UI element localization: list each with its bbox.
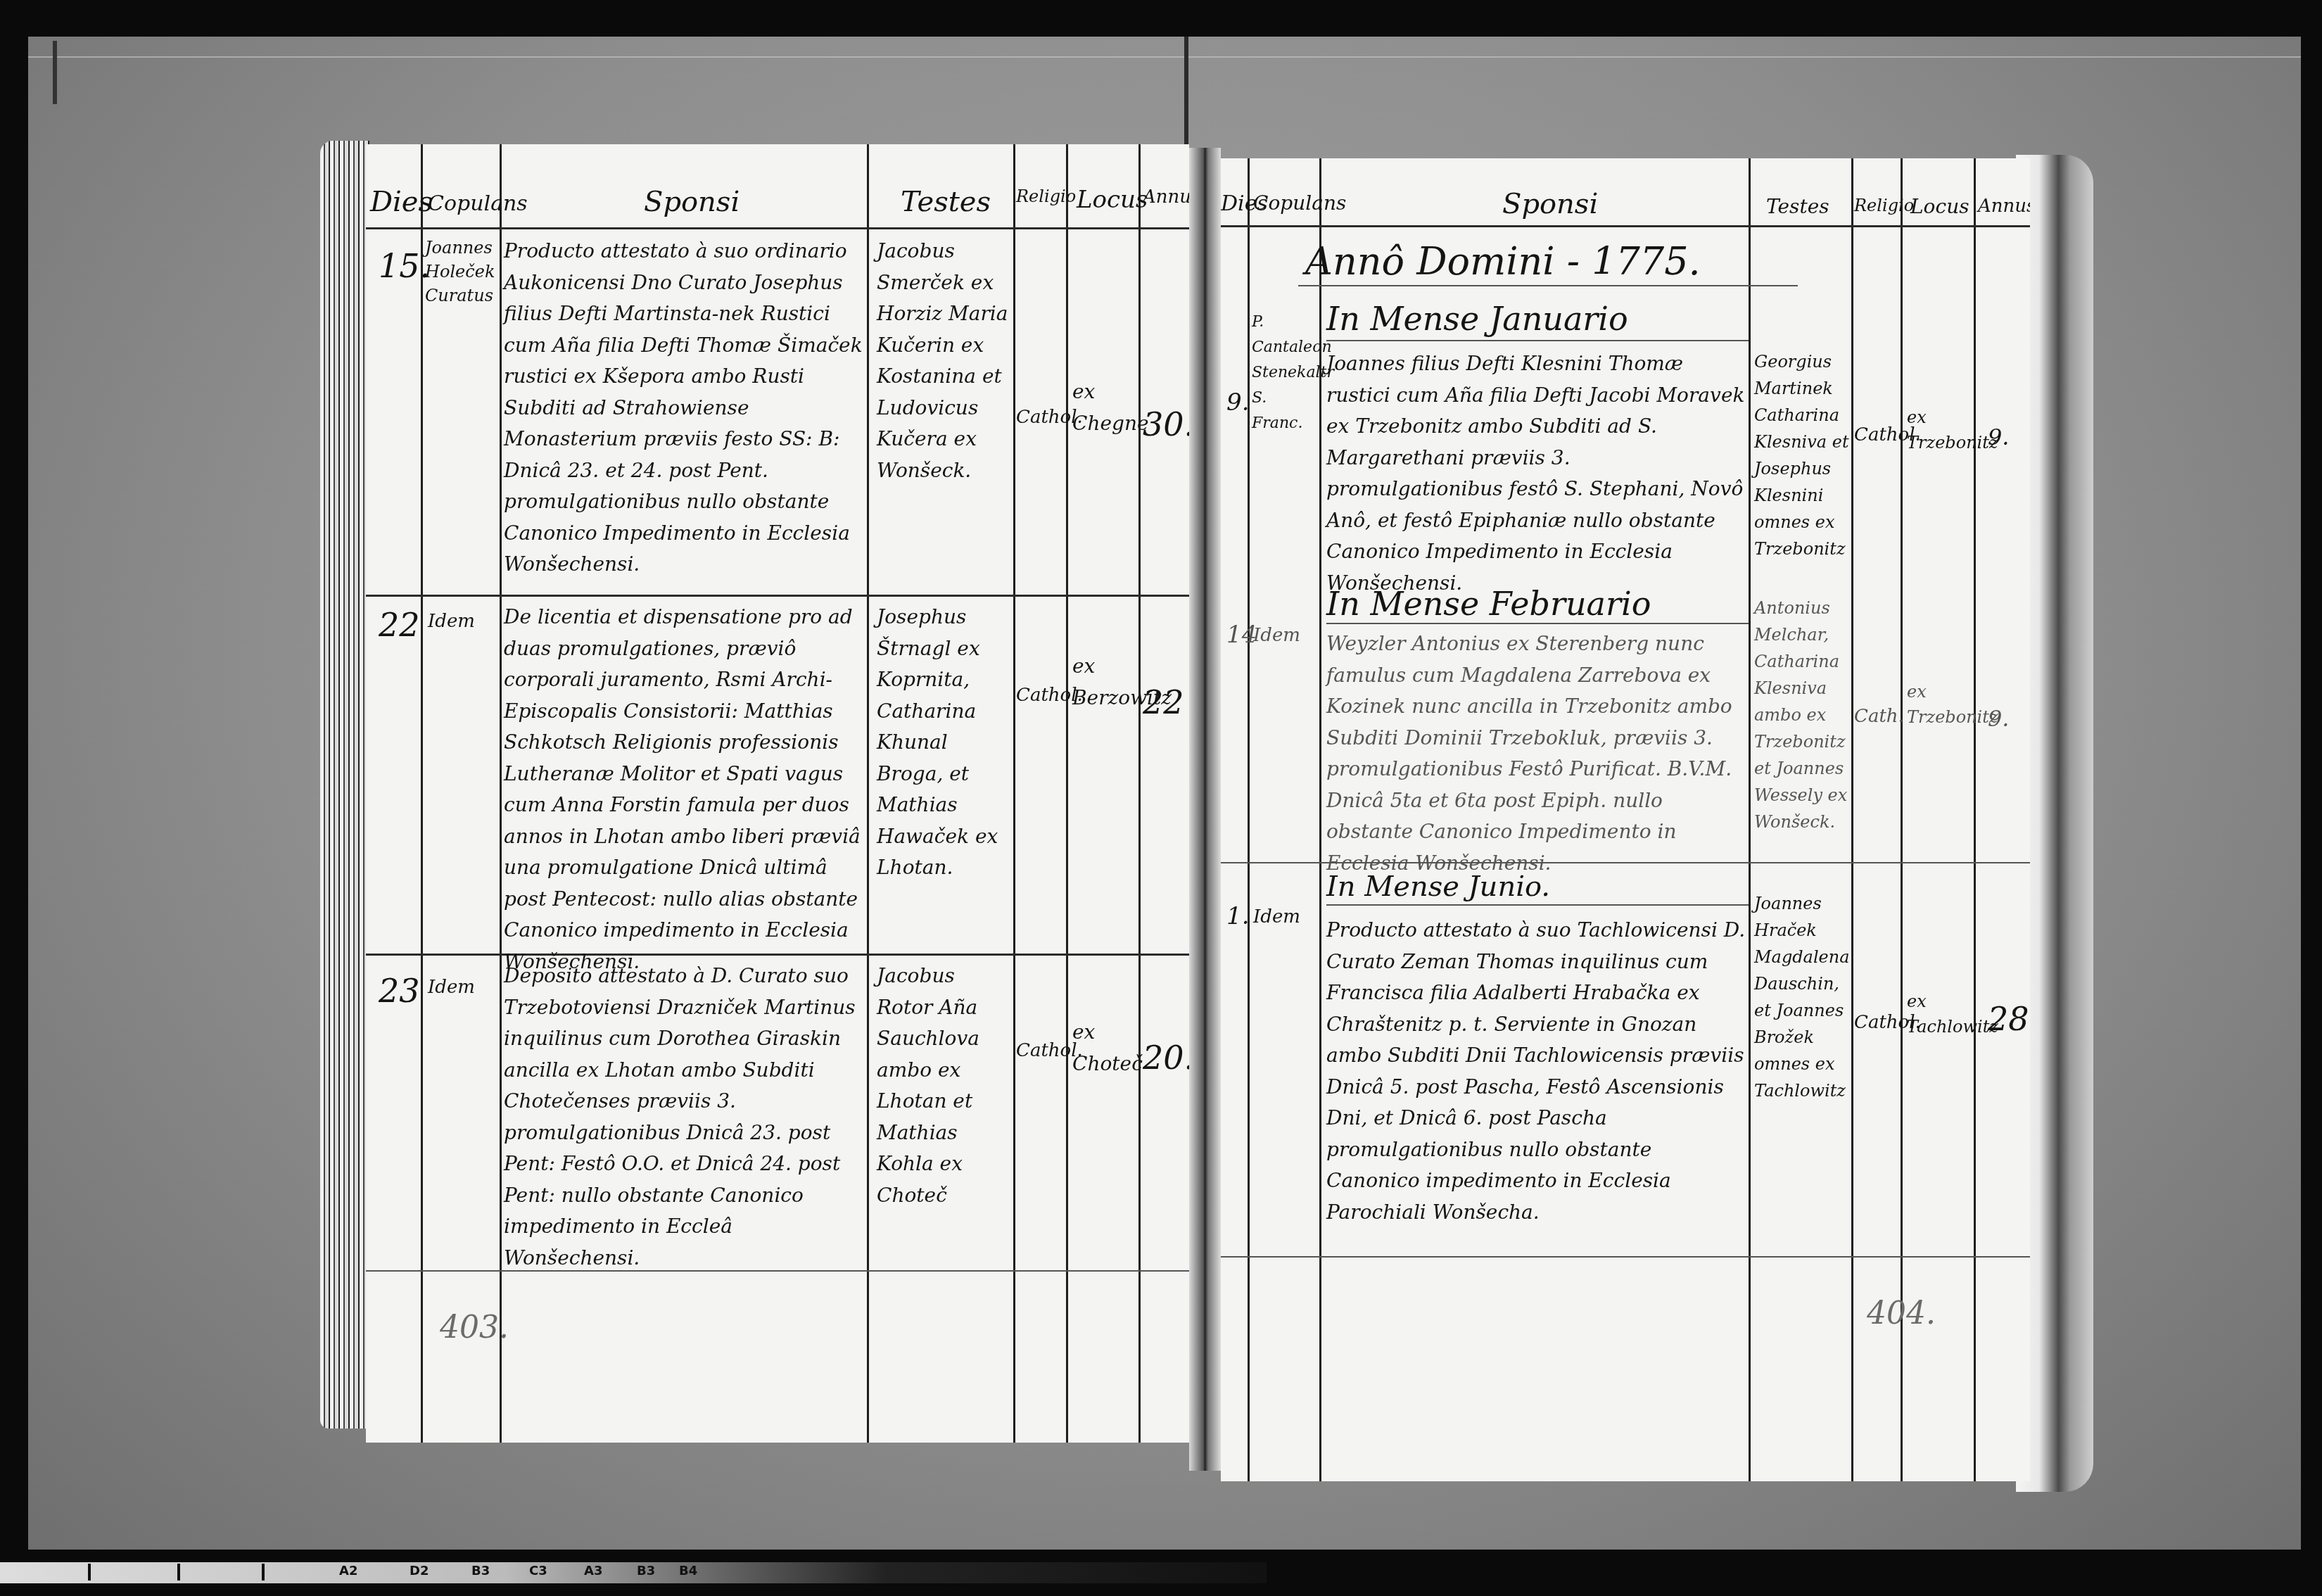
column-rule: [1749, 158, 1751, 1481]
col-header-dies: Dies: [370, 188, 433, 216]
column-rule: [1138, 144, 1141, 1443]
column-rule: [1013, 144, 1015, 1443]
entry-testes: Josephus Štrnagl ex Koprnita, Catharina …: [877, 602, 1012, 884]
entry-year: 9.: [1988, 707, 2010, 730]
col-header-copulans: Copulans: [1253, 194, 1346, 213]
entry-copulans: Idem: [428, 612, 475, 631]
entry-testes: Antonius Melchar, Catharina Klesniva amb…: [1754, 595, 1851, 835]
row-rule: [1221, 1256, 2030, 1258]
heading-underline: [1326, 340, 1749, 341]
month-heading: In Mense Junio.: [1326, 873, 1550, 901]
strip-tick: [262, 1564, 265, 1581]
col-header-locus: Locus: [1077, 188, 1148, 212]
entry-locus: ex Trzebonitz: [1907, 679, 1973, 730]
entry-sponsi: Weyzler Antonius ex Sterenberg nunc famu…: [1326, 628, 1746, 879]
entry-sponsi: Producto attestato à suo ordinario Aukon…: [504, 236, 864, 581]
column-rule: [1248, 158, 1250, 1481]
strip-label: B4: [679, 1564, 697, 1578]
strip-label: A2: [339, 1564, 357, 1578]
entry-testes: Jacobus Rotor Aña Sauchlova ambo ex Lhot…: [877, 961, 1012, 1211]
entry-year: 20.: [1143, 1041, 1189, 1074]
strip-label: D2: [410, 1564, 429, 1578]
entry-sponsi: Producto attestato à suo Tachlowicensi D…: [1326, 915, 1746, 1228]
strip-tick: [88, 1564, 91, 1581]
entry-copulans: Joannes Holeček Curatus: [425, 236, 498, 308]
entry-testes: Jacobus Smerček ex Horziz Maria Kučerin …: [877, 236, 1012, 486]
entry-day: 23: [379, 975, 420, 1007]
column-rule: [421, 144, 423, 1443]
left-page: Dies Copulans Sponsi Testes Religio Locu…: [366, 144, 1189, 1443]
entry-copulans: Idem: [428, 978, 475, 996]
col-header-testes: Testes: [1766, 197, 1829, 217]
row-rule: [366, 595, 1189, 597]
book-gutter: [1189, 148, 1221, 1471]
entry-copulans: Idem: [1253, 626, 1300, 645]
strip-label: C3: [529, 1564, 547, 1578]
col-header-testes: Testes: [901, 188, 991, 216]
entry-day: 15.: [379, 250, 430, 282]
column-rule: [1066, 144, 1068, 1443]
entry-day: 1.: [1226, 904, 1249, 928]
right-page: Dies Copulans Sponsi Testes Religio Locu…: [1221, 158, 2030, 1481]
heading-underline: [1298, 285, 1798, 286]
entry-locus: ex Berzowitz: [1072, 651, 1137, 714]
entry-testes: Georgius Martinek Catharina Klesniva et …: [1754, 348, 1851, 562]
column-rule: [1974, 158, 1976, 1481]
entry-day: 22: [379, 609, 420, 641]
col-header-locus: Locus: [1910, 197, 1969, 217]
calibration-strip: A2 D2 B3 C3 A3 B3 B4: [0, 1562, 1267, 1583]
entry-religio: Cath.: [1854, 707, 1904, 726]
entry-day: 9.: [1226, 391, 1249, 414]
entry-year: 22: [1143, 686, 1184, 718]
strip-label: A3: [584, 1564, 602, 1578]
column-rule: [867, 144, 869, 1443]
heading-underline: [1326, 904, 1749, 906]
header-rule: [366, 227, 1189, 229]
column-rule: [1851, 158, 1853, 1481]
entry-year: 30.: [1143, 408, 1189, 441]
entry-locus: ex Trzebonitz: [1907, 405, 1973, 455]
page-number: 403.: [440, 1312, 509, 1343]
col-header-religio: Religio: [1016, 188, 1076, 205]
strip-label: B3: [637, 1564, 655, 1578]
month-heading: In Mense Februario: [1326, 588, 1651, 620]
column-rule: [500, 144, 502, 1443]
page-number: 404.: [1867, 1298, 1936, 1329]
entry-testes: Joannes Hraček Magdalena Dauschin, et Jo…: [1754, 890, 1851, 1104]
year-heading: Annô Domini - 1775.: [1305, 243, 1701, 281]
strip-tick: [177, 1564, 180, 1581]
col-header-copulans: Copulans: [428, 194, 528, 215]
entry-locus: ex Tachlowitz: [1907, 989, 1973, 1039]
entry-sponsi: De licentia et dispensatione pro ad duas…: [504, 602, 864, 977]
col-header-sponsi: Sponsi: [1502, 190, 1598, 218]
month-heading: In Mense Januario: [1326, 303, 1628, 335]
column-rule: [1319, 158, 1321, 1481]
strip-label: B3: [471, 1564, 490, 1578]
fold-mark: [53, 41, 57, 104]
entry-year: 28.: [1988, 1003, 2030, 1035]
col-header-sponsi: Sponsi: [644, 188, 740, 216]
entry-sponsi: Joannes filius Defti Klesnini Thomæ rust…: [1326, 348, 1746, 599]
heading-underline: [1326, 623, 1749, 624]
entry-copulans: Idem: [1253, 908, 1300, 926]
book-left-edge: [320, 141, 369, 1429]
col-header-annus: Annus: [1978, 197, 2030, 215]
entry-day: 14: [1226, 623, 1257, 647]
entry-year: 9.: [1988, 426, 2010, 448]
entry-locus: ex Choteč: [1072, 1017, 1137, 1079]
header-rule: [1221, 225, 2030, 227]
entry-copulans: P. Cantaleon Stenekaltr S. Franc.: [1252, 310, 1318, 436]
entry-locus: ex Chegne: [1072, 376, 1137, 439]
col-header-religio: Religio: [1854, 197, 1914, 214]
entry-sponsi: Deposito attestato à D. Curato suo Trzeb…: [504, 961, 864, 1274]
col-header-annus: Annus: [1143, 188, 1189, 206]
column-rule: [1901, 158, 1903, 1481]
